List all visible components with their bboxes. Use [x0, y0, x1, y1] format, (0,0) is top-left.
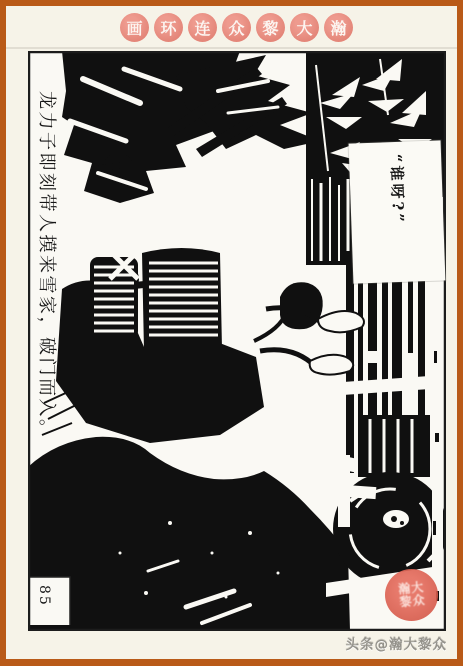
seal-character: 众: [228, 16, 244, 39]
publisher-seal-icon: 环: [154, 13, 183, 42]
comic-book-page: 画 环 连 众 黎 大 瀚: [0, 0, 463, 666]
publisher-seal-icon: 大: [290, 13, 319, 42]
publisher-seal-icon: 连: [188, 13, 217, 42]
caption-text: 龙力子即刻带人摸来雪家，破门而入。: [34, 91, 58, 443]
seal-character: 连: [194, 16, 210, 39]
scan-artifact-line: [6, 47, 457, 49]
speech-text: “谁呀?”: [385, 154, 411, 271]
publisher-seal-icon: 画: [120, 13, 149, 42]
publisher-seal-icon: 众: [222, 13, 251, 42]
watermark-credit: 头条@瀚大黎众: [346, 633, 448, 653]
publisher-seal-icon: 黎: [256, 13, 285, 42]
speech-bubble: “谁呀?”: [349, 140, 446, 283]
woodcut-illustration: [28, 51, 446, 631]
seal-character: 环: [160, 16, 176, 39]
seal-character: 画: [126, 16, 142, 39]
comic-panel: “谁呀?” 龙力子即刻带人摸来雪家，破门而入。 85 瀚大黎众: [28, 51, 446, 631]
seal-character: 瀚: [330, 16, 346, 39]
collector-seal-text: 瀚大黎众: [395, 581, 428, 610]
seal-character: 黎: [262, 16, 278, 39]
publisher-seal-icon: 瀚: [324, 13, 353, 42]
collector-seal-icon: 瀚大黎众: [385, 569, 438, 621]
page-number: 85: [34, 585, 54, 619]
publisher-seal-row: 画 环 连 众 黎 大 瀚: [120, 13, 353, 42]
seal-character: 大: [296, 16, 312, 39]
